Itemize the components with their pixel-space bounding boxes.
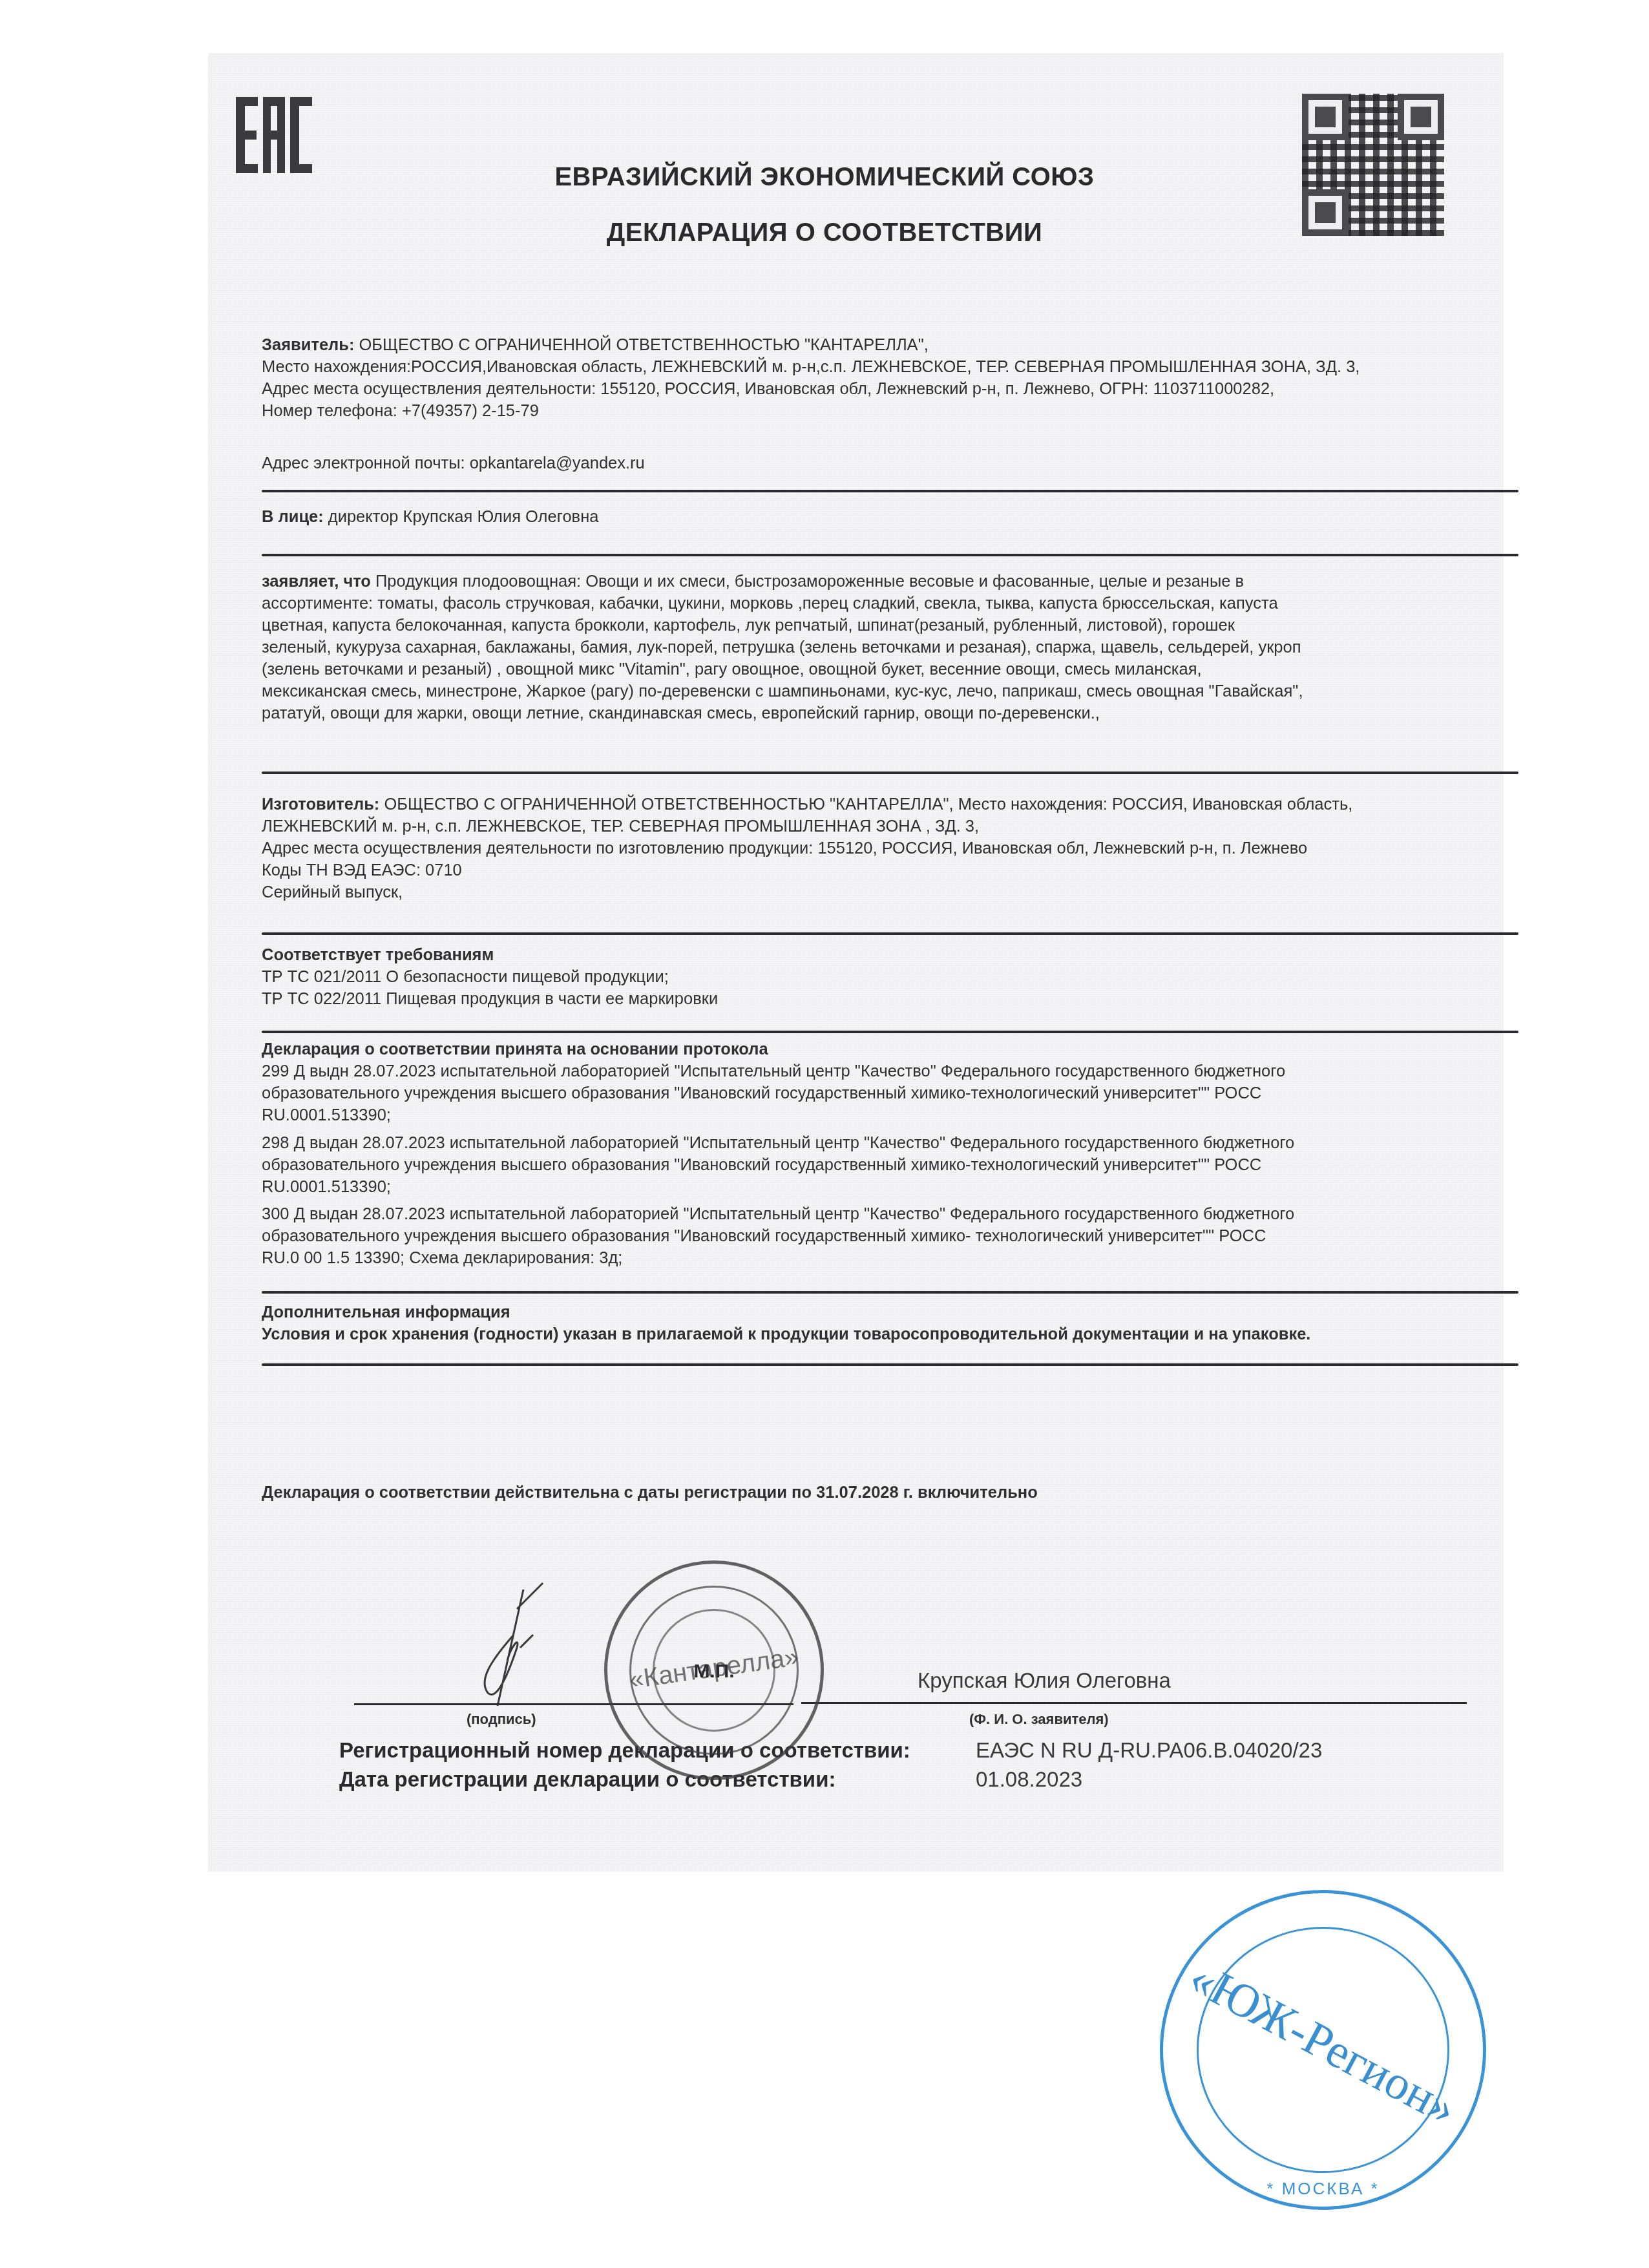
applicant-line: Заявитель: ОБЩЕСТВО С ОГРАНИЧЕННОЙ ОТВЕТ… xyxy=(262,334,929,356)
protocol-line: образовательного учреждения высшего обра… xyxy=(262,1082,1261,1104)
manufacturer-line-2: ЛЕЖНЕВСКИЙ м. р-н, с.п. ЛЕЖНЕВСКОЕ, ТЕР.… xyxy=(262,815,979,837)
declares-label: заявляет, что xyxy=(262,572,371,591)
declares-line-6: рататуй, овощи для жарки, овощи летние, … xyxy=(262,702,1100,724)
signer-name: Крупская Юлия Олеговна xyxy=(918,1668,1171,1693)
eac-logo-icon xyxy=(236,97,313,173)
protocol-line: RU.0001.513390; xyxy=(262,1176,391,1198)
seal-mp-label: М.П. xyxy=(607,1661,821,1683)
name-line xyxy=(801,1702,1467,1704)
protocol-line: RU.0 00 1.5 13390; Схема декларирования:… xyxy=(262,1247,622,1269)
divider xyxy=(262,490,1518,492)
union-title: ЕВРАЗИЙСКИЙ ЭКОНОМИЧЕСКИЙ СОЮЗ xyxy=(0,163,1649,192)
manufacturer-hs-codes: Коды ТН ВЭД ЕАЭС: 0710 xyxy=(262,859,462,881)
protocol-line: образовательного учреждения высшего обра… xyxy=(262,1225,1266,1247)
divider xyxy=(262,1291,1518,1294)
applicant-activity-address: Адрес места осуществления деятельности: … xyxy=(262,378,1274,400)
applicant-name: ОБЩЕСТВО С ОГРАНИЧЕННОЙ ОТВЕТСТВЕННОСТЬЮ… xyxy=(354,336,928,354)
document-title: ДЕКЛАРАЦИЯ О СООТВЕТСТВИИ xyxy=(0,218,1649,247)
applicant-label: Заявитель: xyxy=(262,336,354,354)
manufacturer-line-3: Адрес места осуществления деятельности п… xyxy=(262,837,1307,859)
requirements-heading: Соответствует требованиям xyxy=(262,944,494,966)
signature-icon xyxy=(452,1570,569,1719)
representative-value: директор Крупская Юлия Олеговна xyxy=(324,508,599,526)
protocol-line: 298 Д выдан 28.07.2023 испытательной лаб… xyxy=(262,1132,1294,1154)
divider xyxy=(262,1363,1518,1366)
protocol-line: образовательного учреждения высшего обра… xyxy=(262,1154,1261,1176)
applicant-location: Место нахождения:РОССИЯ,Ивановская облас… xyxy=(262,356,1360,378)
divider xyxy=(262,932,1518,935)
protocol-line: RU.0001.513390; xyxy=(262,1104,391,1126)
manufacturer-label: Изготовитель: xyxy=(262,795,379,814)
company-seal-icon: «Кантарелла» М.П. xyxy=(604,1560,824,1780)
protocol-line: 300 Д выдан 28.07.2023 испытательной лаб… xyxy=(262,1203,1294,1225)
divider xyxy=(262,772,1518,774)
blue-stamp-city: * МОСКВА * xyxy=(1163,2179,1483,2199)
protocols-heading: Декларация о соответствии принята на осн… xyxy=(262,1038,768,1060)
requirement-item: ТР ТС 021/2011 О безопасности пищевой пр… xyxy=(262,966,669,988)
signer-caption: (Ф. И. О. заявителя) xyxy=(969,1711,1109,1728)
declares-line-1: ассортименте: томаты, фасоль стручковая,… xyxy=(262,593,1278,614)
additional-text: Условия и срок хранения (годности) указа… xyxy=(262,1323,1310,1345)
divider xyxy=(262,554,1518,556)
divider xyxy=(262,1031,1518,1033)
protocol-line: 299 Д выдн 28.07.2023 испытательной лабо… xyxy=(262,1060,1285,1082)
declares-line-5: мексиканская смесь, минестроне, Жаркое (… xyxy=(262,680,1303,702)
applicant-phone: Номер телефона: +7(49357) 2-15-79 xyxy=(262,400,539,422)
registration-number-value: ЕАЭС N RU Д-RU.PA06.B.04020/23 xyxy=(976,1738,1322,1763)
signature-caption: (подпись) xyxy=(467,1711,536,1728)
validity-statement: Декларация о соответствии действительна … xyxy=(262,1482,1038,1504)
declares-line-2: цветная, капуста белокочанная, капуста б… xyxy=(262,614,1235,636)
manufacturer-release-type: Серийный выпуск, xyxy=(262,881,403,903)
declares-line-3: зеленый, кукуруза сахарная, баклажаны, б… xyxy=(262,636,1301,658)
manufacturer-line-1: Изготовитель: ОБЩЕСТВО С ОГРАНИЧЕННОЙ ОТ… xyxy=(262,793,1352,815)
registration-date-value: 01.08.2023 xyxy=(976,1767,1082,1792)
representative-label: В лице: xyxy=(262,508,324,526)
blue-stamp-icon: «ЮЖ-Регион» * МОСКВА * xyxy=(1160,1890,1486,2210)
registration-number-label: Регистрационный номер декларации о соотв… xyxy=(339,1738,910,1763)
declares-line-0: заявляет, что Продукция плодоовощная: Ов… xyxy=(262,571,1244,593)
additional-heading: Дополнительная информация xyxy=(262,1301,510,1323)
declares-line-4: (зелень веточками и резаный) , овощной м… xyxy=(262,658,1202,680)
representative-line: В лице: директор Крупская Юлия Олеговна xyxy=(262,506,598,528)
requirement-item: ТР ТС 022/2011 Пищевая продукция в части… xyxy=(262,988,718,1010)
registration-date-label: Дата регистрации декларации о соответств… xyxy=(339,1767,835,1792)
applicant-email: Адрес электронной почты: opkantarela@yan… xyxy=(262,452,645,474)
